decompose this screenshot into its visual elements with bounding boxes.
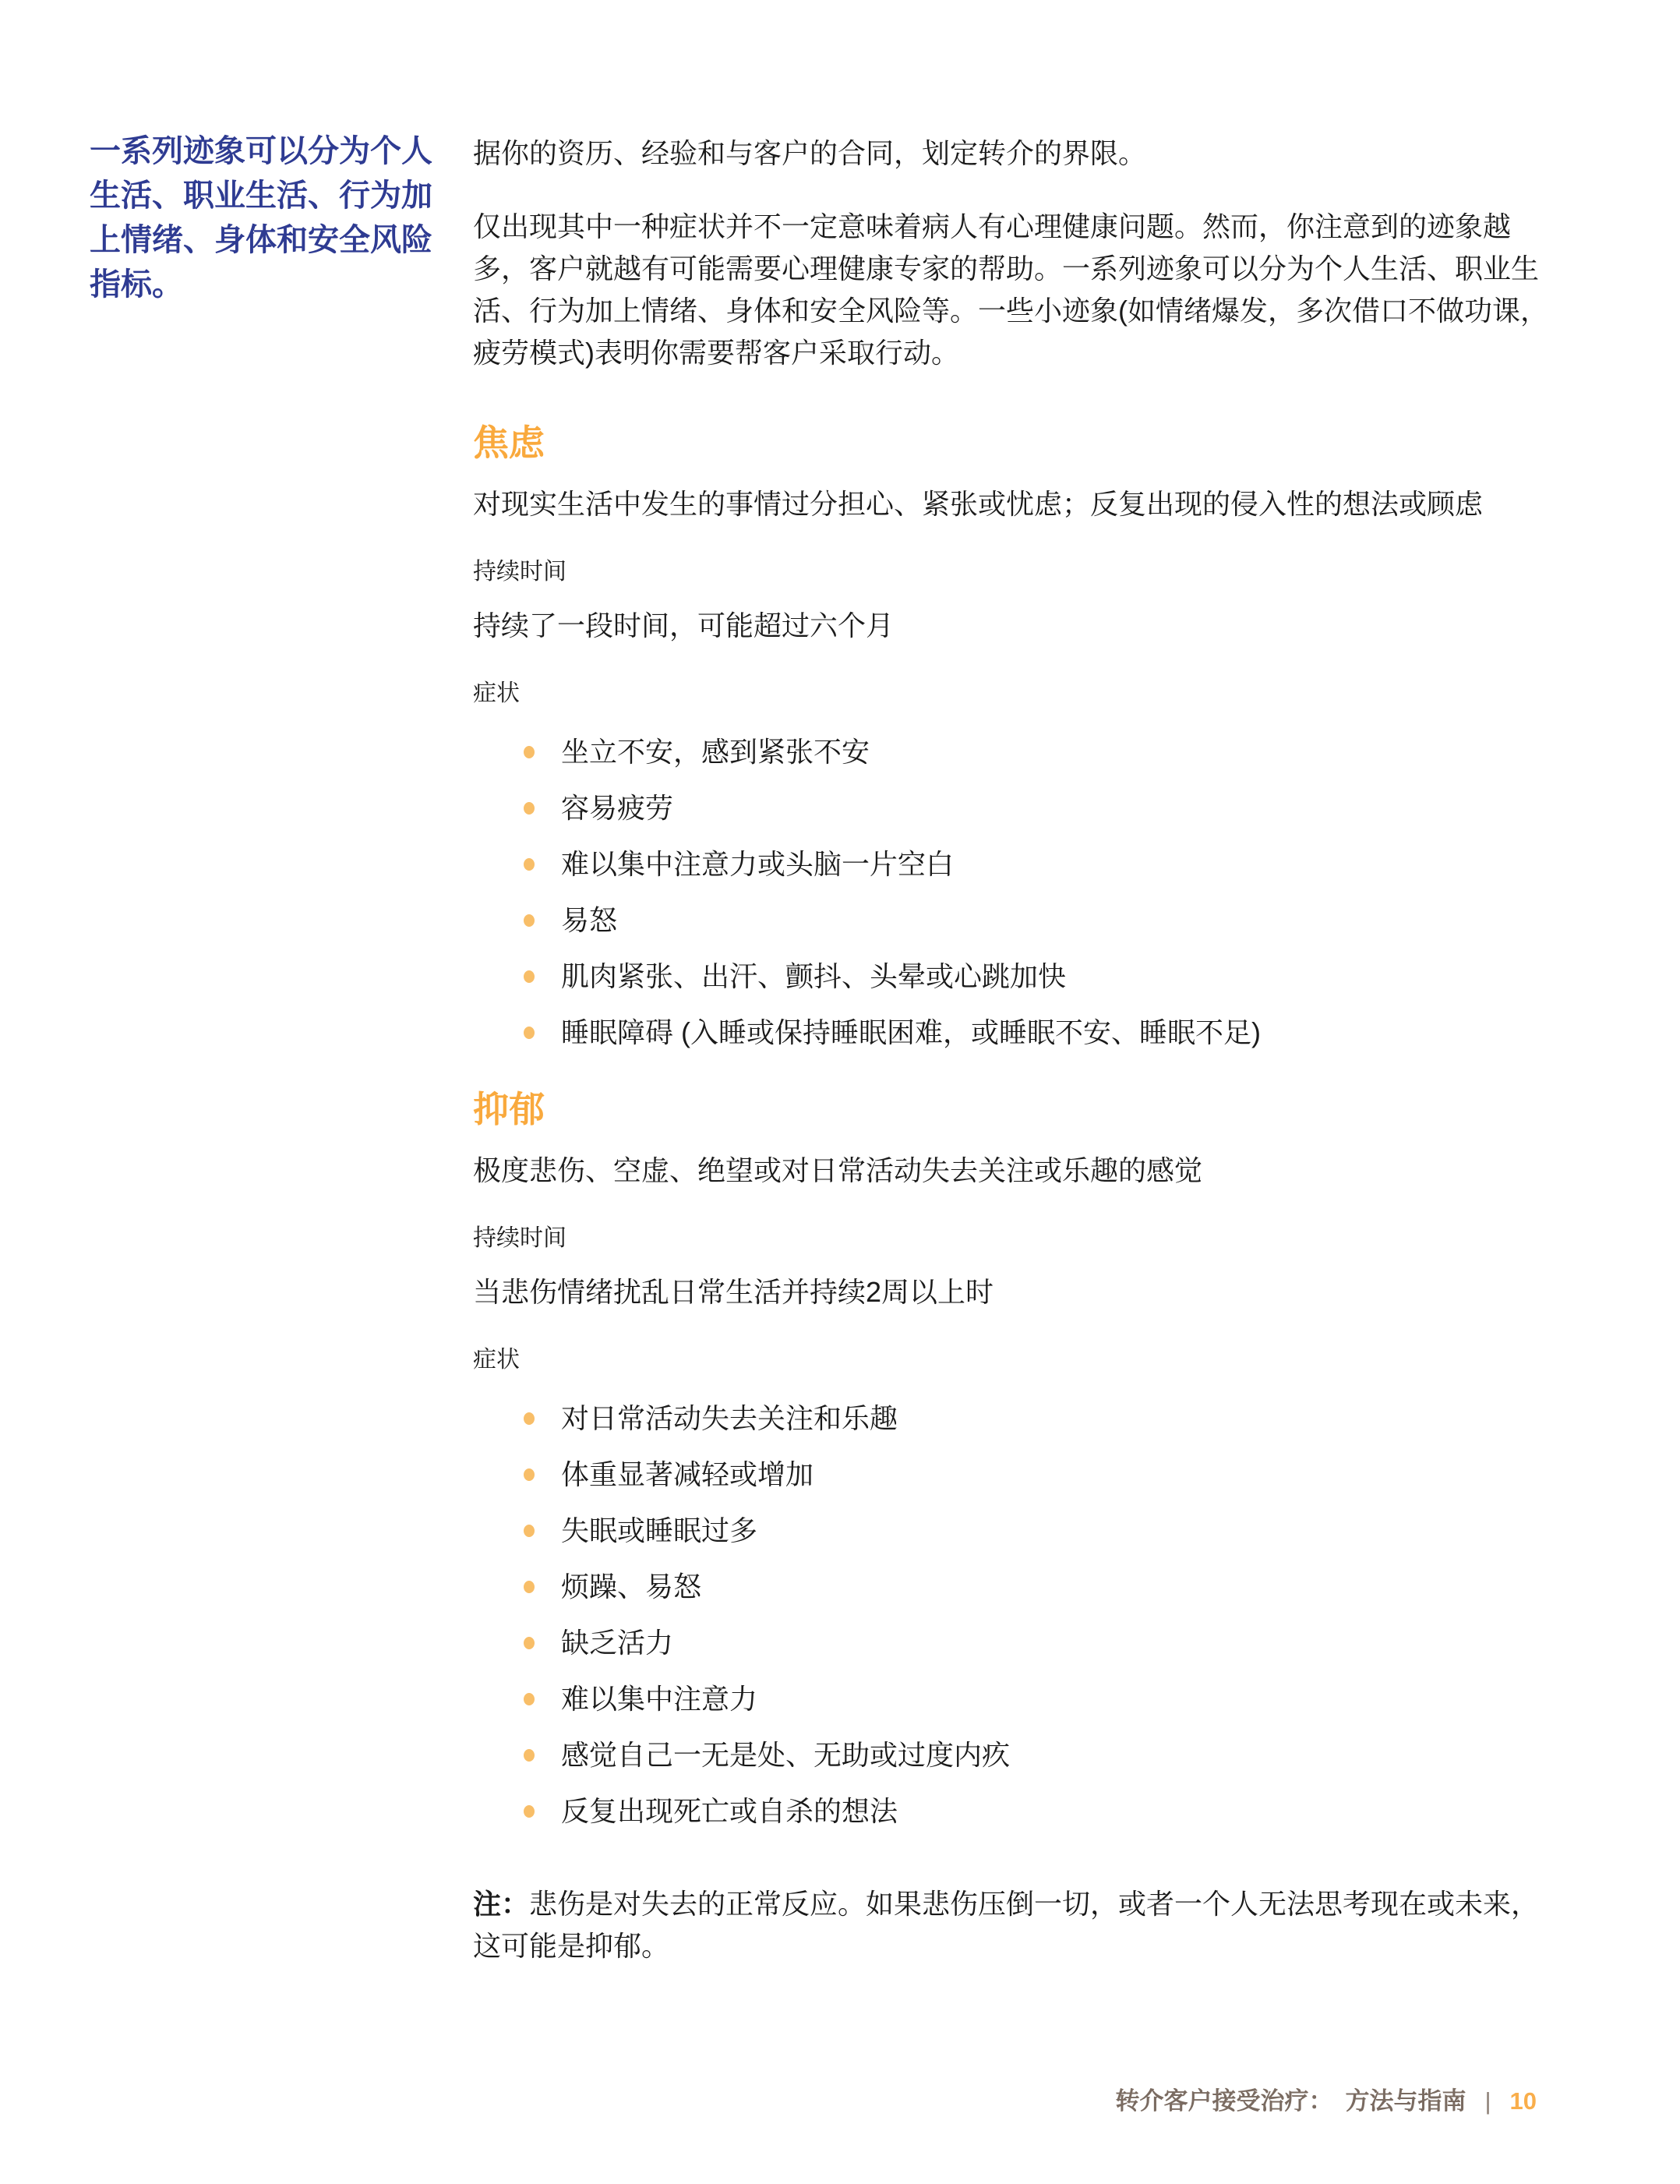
list-item: 失眠或睡眠过多 — [473, 1514, 1551, 1548]
anxiety-description: 对现实生活中发生的事情过分担心、紧张或忧虑；反复出现的侵入性的想法或顾虑 — [473, 483, 1551, 525]
bullet-icon — [524, 1805, 535, 1818]
symptom-text: 缺乏活力 — [561, 1627, 673, 1659]
callout-text: 一系列迹象可以分为个人生活、职业生活、行为加上情绪、身体和安全风险指标。 — [90, 129, 446, 307]
list-item: 睡眠障碍 (入睡或保持睡眠困难，或睡眠不安、睡眠不足) — [473, 1016, 1551, 1050]
bullet-icon — [524, 1581, 535, 1593]
list-item: 烦躁、易怒 — [473, 1570, 1551, 1604]
symptom-text: 对日常活动失去关注和乐趣 — [561, 1402, 898, 1434]
symptom-text: 容易疲劳 — [561, 792, 673, 824]
bullet-icon — [524, 1412, 535, 1425]
intro-paragraph-1: 据你的资历、经验和与客户的合同，划定转介的界限。 — [473, 133, 1551, 175]
bullet-icon — [524, 1468, 535, 1481]
section-anxiety: 焦虑 对现实生活中发生的事情过分担心、紧张或忧虑；反复出现的侵入性的想法或顾虑 … — [473, 419, 1551, 1050]
note-paragraph: 注：悲伤是对失去的正常反应。如果悲伤压倒一切，或者一个人无法思考现在或未来，这可… — [473, 1883, 1551, 1967]
anxiety-symptoms-list: 坐立不安，感到紧张不安 容易疲劳 难以集中注意力或头脑一片空白 易怒 肌肉紧张、… — [473, 735, 1551, 1050]
anxiety-symptoms-label: 症状 — [473, 678, 1551, 709]
intro-paragraph-2: 仅出现其中一种症状并不一定意味着病人有心理健康问题。然而，你注意到的迹象越多，客… — [473, 206, 1551, 374]
sidebar-callout: 一系列迹象可以分为个人生活、职业生活、行为加上情绪、身体和安全风险指标。 — [90, 129, 446, 307]
bullet-icon — [524, 802, 535, 815]
depression-heading: 抑郁 — [473, 1086, 1551, 1133]
symptom-text: 失眠或睡眠过多 — [561, 1514, 757, 1546]
footer-separator: | — [1484, 2087, 1491, 2115]
list-item: 难以集中注意力或头脑一片空白 — [473, 847, 1551, 882]
list-item: 感觉自己一无是处、无助或过度内疚 — [473, 1738, 1551, 1772]
page-footer: 转介客户接受治疗：方法与指南|10 — [1115, 2084, 1537, 2119]
anxiety-duration-text: 持续了一段时间，可能超过六个月 — [473, 605, 1551, 647]
list-item: 缺乏活力 — [473, 1626, 1551, 1660]
list-item: 对日常活动失去关注和乐趣 — [473, 1401, 1551, 1436]
list-item: 反复出现死亡或自杀的想法 — [473, 1794, 1551, 1829]
symptom-text: 感觉自己一无是处、无助或过度内疚 — [561, 1739, 1010, 1771]
symptom-text: 烦躁、易怒 — [561, 1571, 701, 1603]
bullet-icon — [524, 1525, 535, 1537]
list-item: 容易疲劳 — [473, 791, 1551, 825]
bullet-icon — [524, 746, 535, 758]
bullet-icon — [524, 914, 535, 927]
symptom-text: 睡眠障碍 (入睡或保持睡眠困难，或睡眠不安、睡眠不足) — [561, 1016, 1261, 1048]
list-item: 坐立不安，感到紧张不安 — [473, 735, 1551, 769]
depression-duration-label: 持续时间 — [473, 1223, 1551, 1254]
list-item: 体重显著减轻或增加 — [473, 1458, 1551, 1492]
anxiety-heading: 焦虑 — [473, 419, 1551, 466]
note-text: 悲伤是对失去的正常反应。如果悲伤压倒一切，或者一个人无法思考现在或未来，这可能是… — [473, 1888, 1539, 1962]
symptom-text: 肌肉紧张、出汗、颤抖、头晕或心跳加快 — [561, 960, 1066, 992]
symptom-text: 反复出现死亡或自杀的想法 — [561, 1795, 898, 1827]
bullet-icon — [524, 970, 535, 983]
depression-symptoms-label: 症状 — [473, 1345, 1551, 1376]
depression-symptoms-list: 对日常活动失去关注和乐趣 体重显著减轻或增加 失眠或睡眠过多 烦躁、易怒 缺乏活… — [473, 1401, 1551, 1829]
symptom-text: 坐立不安，感到紧张不安 — [561, 736, 870, 768]
document-page: 一系列迹象可以分为个人生活、职业生活、行为加上情绪、身体和安全风险指标。 据你的… — [0, 0, 1680, 2184]
page-number: 10 — [1510, 2087, 1537, 2115]
bullet-icon — [524, 1637, 535, 1649]
list-item: 肌肉紧张、出汗、颤抖、头晕或心跳加快 — [473, 959, 1551, 994]
footer-doc-subtitle: 方法与指南 — [1345, 2087, 1466, 2115]
bullet-icon — [524, 1693, 535, 1705]
bullet-icon — [524, 1749, 535, 1762]
symptom-text: 难以集中注意力或头脑一片空白 — [561, 848, 954, 880]
symptom-text: 易怒 — [561, 904, 617, 936]
footer-doc-title: 转介客户接受治疗： — [1115, 2087, 1332, 2115]
symptom-text: 难以集中注意力 — [561, 1683, 757, 1715]
bullet-icon — [524, 858, 535, 871]
symptom-text: 体重显著减轻或增加 — [561, 1458, 814, 1490]
section-depression: 抑郁 极度悲伤、空虚、绝望或对日常活动失去关注或乐趣的感觉 持续时间 当悲伤情绪… — [473, 1086, 1551, 1829]
depression-description: 极度悲伤、空虚、绝望或对日常活动失去关注或乐趣的感觉 — [473, 1150, 1551, 1192]
depression-duration-text: 当悲伤情绪扰乱日常生活并持续2周以上时 — [473, 1271, 1551, 1313]
bullet-icon — [524, 1027, 535, 1039]
list-item: 易怒 — [473, 903, 1551, 938]
list-item: 难以集中注意力 — [473, 1682, 1551, 1716]
note-label: 注： — [473, 1888, 529, 1920]
main-content: 据你的资历、经验和与客户的合同，划定转介的界限。 仅出现其中一种症状并不一定意味… — [473, 133, 1551, 1967]
anxiety-duration-label: 持续时间 — [473, 557, 1551, 588]
